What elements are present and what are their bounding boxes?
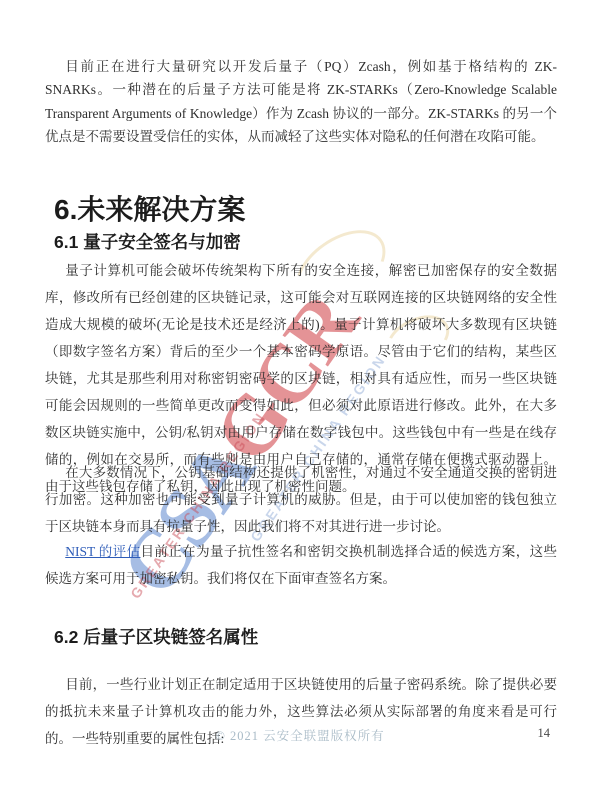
chapter-heading: 6.未来解决方案 <box>54 193 245 227</box>
intro-paragraph: 目前正在进行大量研究以开发后量子（PQ）Zcash，例如基于格结构的 ZK-SN… <box>45 55 557 149</box>
section-6-1-paragraph-2: 在大多数情况下，公钥基础结构还提供了机密性，对通过不安全通道交换的密钥进行加密。… <box>45 459 557 540</box>
nist-evaluation-link[interactable]: NIST 的评估 <box>65 544 140 559</box>
section-6-2-heading: 6.2 后量子区块链签名属性 <box>54 625 258 649</box>
footer-copyright: © 2021 云安全联盟版权所有 <box>0 726 600 744</box>
section-6-1-heading: 6.1 量子安全签名与加密 <box>54 230 241 254</box>
section-6-1-paragraph-3: NIST 的评估目前正在为量子抗性签名和密钥交换机制选择合适的候选方案，这些候选… <box>45 538 557 592</box>
document-page: CSAGCR GREATER CHINA REGION GREATER CHIN… <box>0 0 600 789</box>
footer-page-number: 14 <box>538 726 551 741</box>
